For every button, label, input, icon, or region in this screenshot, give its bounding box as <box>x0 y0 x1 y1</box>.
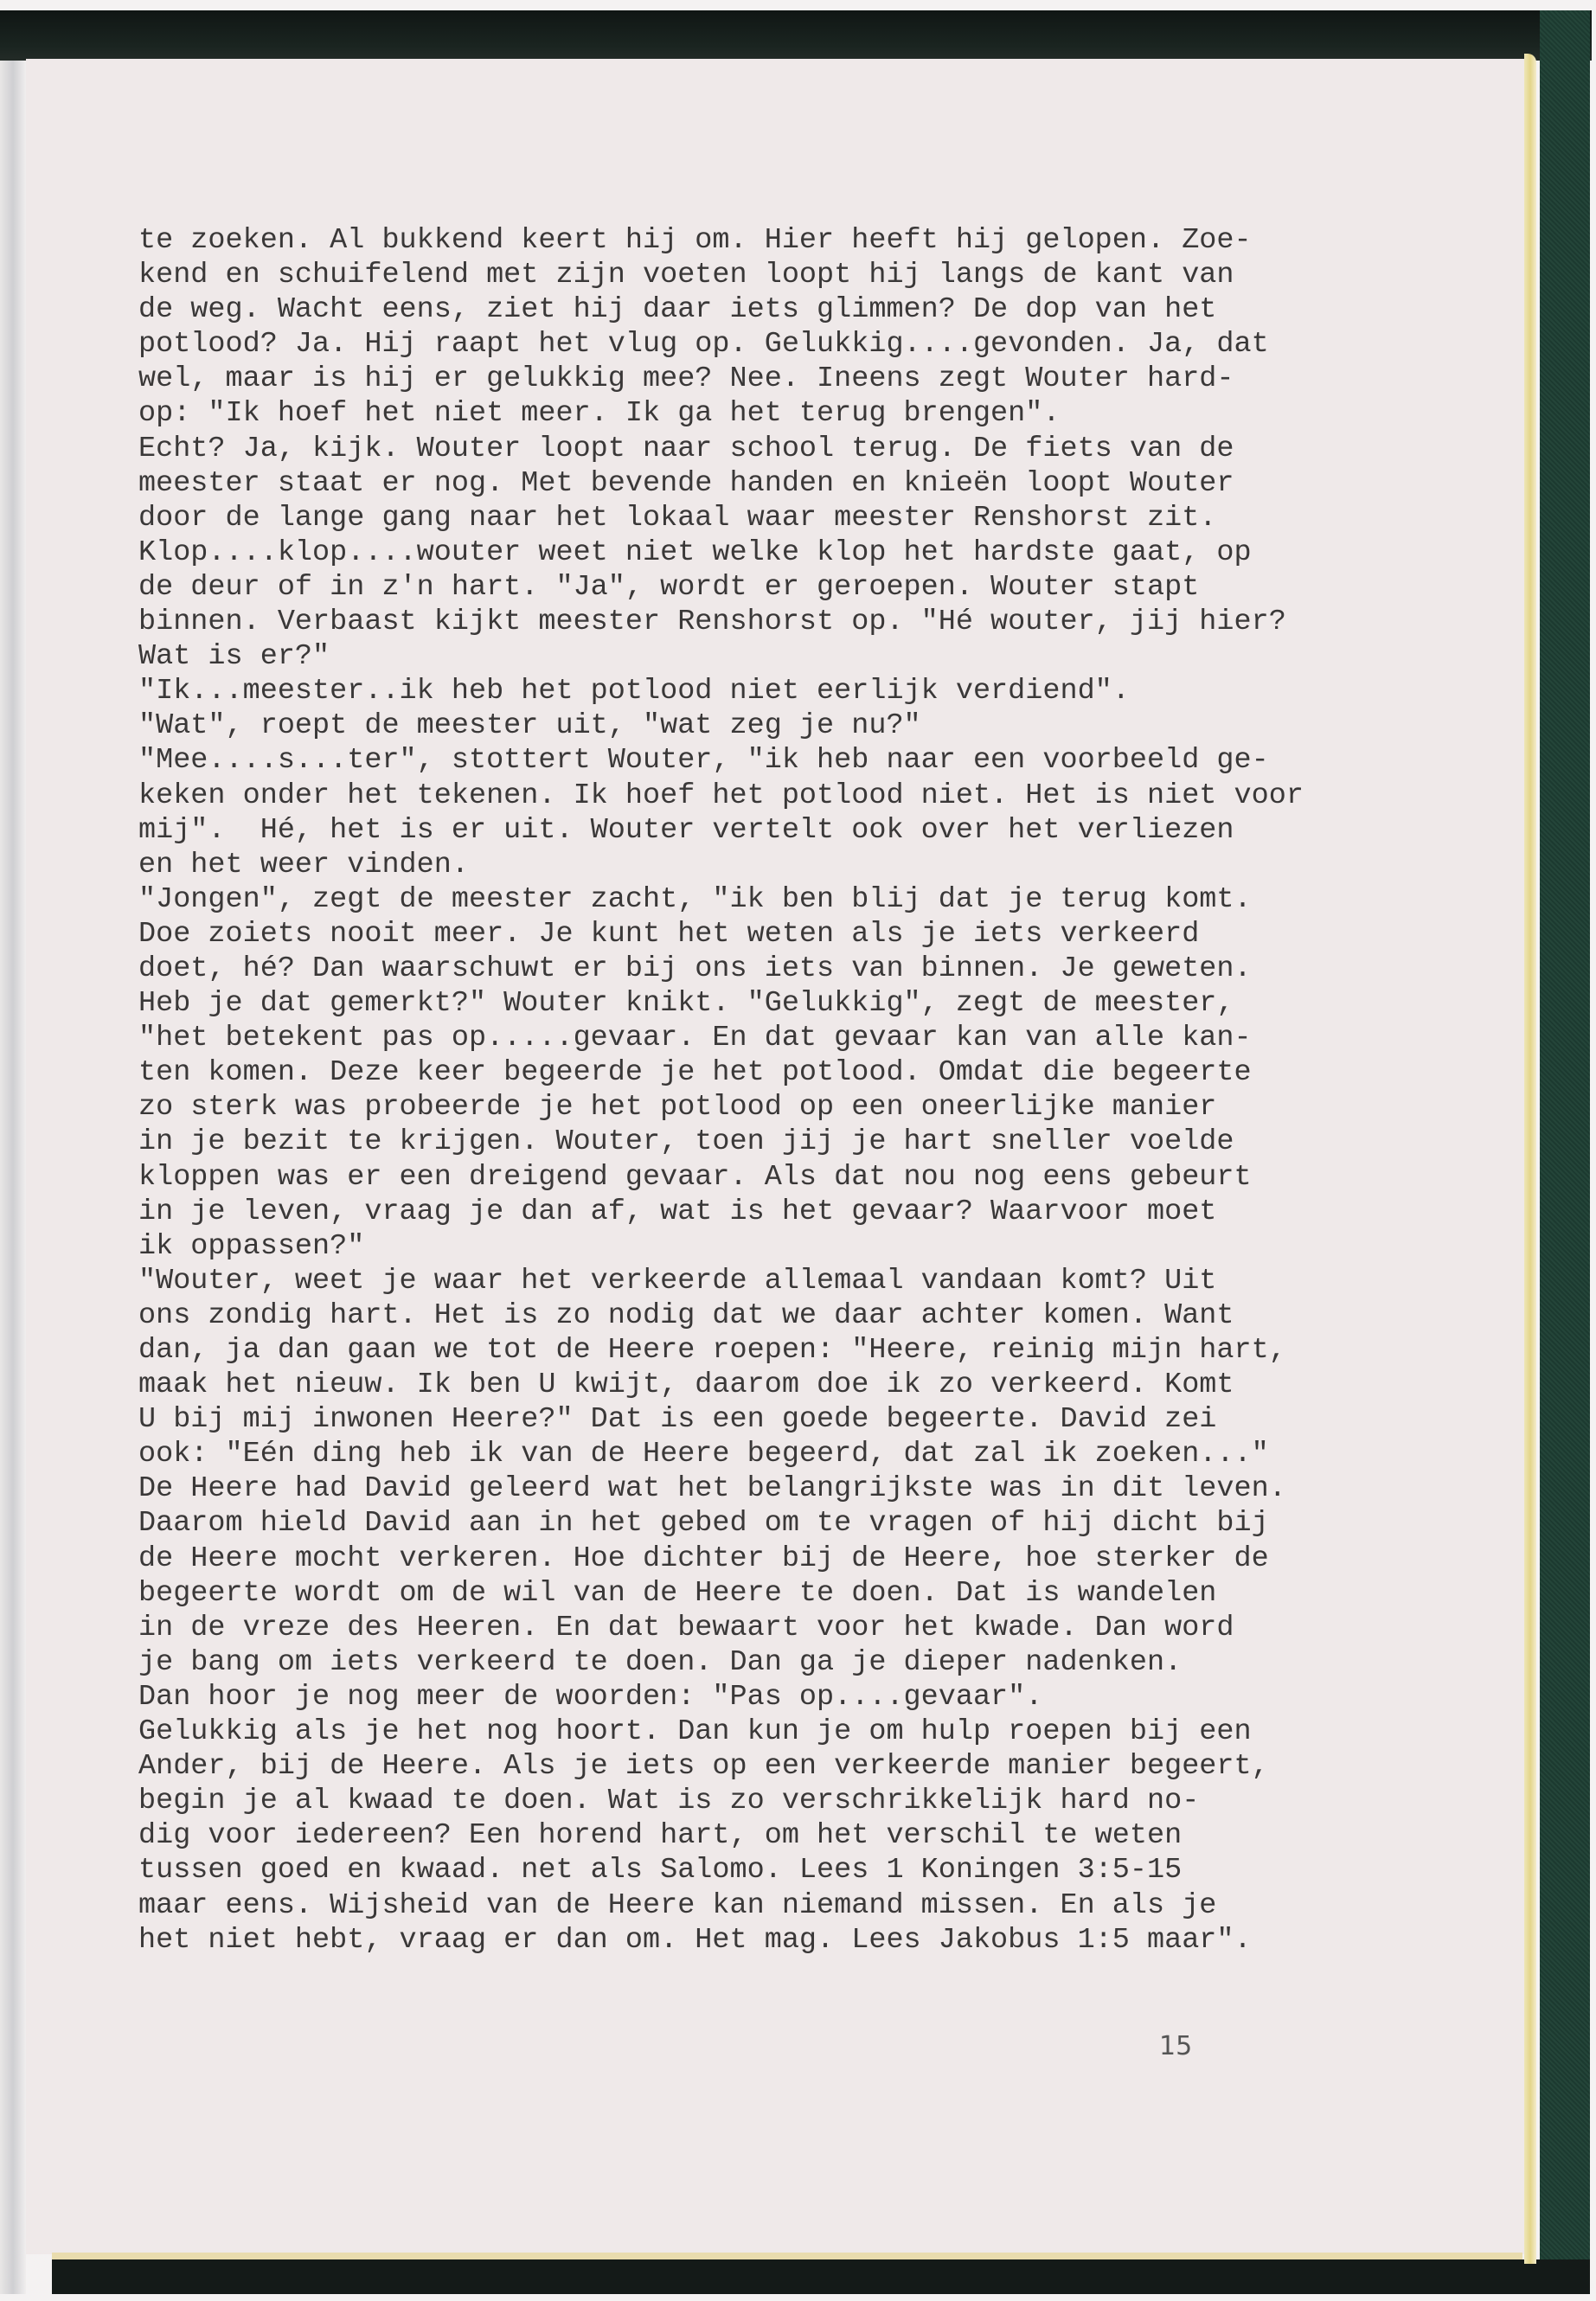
text-line: "Wouter, weet je waar het verkeerde alle… <box>138 1264 1488 1298</box>
book-spine-left <box>0 10 26 2294</box>
text-line: ik oppassen?" <box>138 1229 1488 1264</box>
text-line: dig voor iedereen? Een horend hart, om h… <box>138 1818 1488 1853</box>
text-line: "Wat", roept de meester uit, "wat zeg je… <box>138 708 1488 743</box>
text-line: Echt? Ja, kijk. Wouter loopt naar school… <box>138 432 1488 466</box>
text-line: Daarom hield David aan in het gebed om t… <box>138 1506 1488 1541</box>
text-line: kend en schuifelend met zijn voeten loop… <box>138 258 1488 292</box>
text-line: in je leven, vraag je dan af, wat is het… <box>138 1195 1488 1229</box>
text-line: "Mee....s...ter", stottert Wouter, "ik h… <box>138 743 1488 778</box>
text-line: Dan hoor je nog meer de woorden: "Pas op… <box>138 1680 1488 1715</box>
text-line: ook: "Eén ding heb ik van de Heere begee… <box>138 1437 1488 1471</box>
page-edge-right <box>1524 54 1536 2264</box>
text-line: meester staat er nog. Met bevende handen… <box>138 466 1488 501</box>
text-line: keken onder het tekenen. Ik hoef het pot… <box>138 779 1488 813</box>
page-edge-bottom <box>52 2253 1522 2259</box>
text-line: in je bezit te krijgen. Wouter, toen jij… <box>138 1125 1488 1159</box>
text-line: doet, hé? Dan waarschuwt er bij ons iets… <box>138 952 1488 986</box>
text-line: door de lange gang naar het lokaal waar … <box>138 501 1488 535</box>
text-line: mij". Hé, het is er uit. Wouter vertelt … <box>138 813 1488 848</box>
text-line: De Heere had David geleerd wat het belan… <box>138 1471 1488 1506</box>
text-line: begin je al kwaad te doen. Wat is zo ver… <box>138 1784 1488 1818</box>
text-line: "Ik...meester..ik heb het potlood niet e… <box>138 674 1488 708</box>
text-line: binnen. Verbaast kijkt meester Renshorst… <box>138 605 1488 639</box>
page-number: 15 <box>1159 2031 1192 2061</box>
text-line: tussen goed en kwaad. net als Salomo. Le… <box>138 1853 1488 1888</box>
text-line: potlood? Ja. Hij raapt het vlug op. Gelu… <box>138 327 1488 362</box>
text-line: zo sterk was probeerde je het potlood op… <box>138 1090 1488 1125</box>
book-cover-top <box>0 10 1592 61</box>
text-line: wel, maar is hij er gelukkig mee? Nee. I… <box>138 362 1488 396</box>
text-line: "het betekent pas op.....gevaar. En dat … <box>138 1021 1488 1055</box>
text-line: Klop....klop....wouter weet niet welke k… <box>138 535 1488 570</box>
text-line: "Jongen", zegt de meester zacht, "ik ben… <box>138 882 1488 917</box>
text-line: en het weer vinden. <box>138 848 1488 882</box>
book-cover-right <box>1540 10 1590 2294</box>
text-line: in de vreze des Heeren. En dat bewaart v… <box>138 1611 1488 1645</box>
book-cover-bottom <box>52 2259 1590 2294</box>
text-line: het niet hebt, vraag er dan om. Het mag.… <box>138 1923 1488 1958</box>
text-line: dan, ja dan gaan we tot de Heere roepen:… <box>138 1333 1488 1368</box>
text-line: begeerte wordt om de wil van de Heere te… <box>138 1576 1488 1611</box>
text-line: ten komen. Deze keer begeerde je het pot… <box>138 1055 1488 1090</box>
text-line: U bij mij inwonen Heere?" Dat is een goe… <box>138 1402 1488 1437</box>
text-line: de deur of in z'n hart. "Ja", wordt er g… <box>138 570 1488 605</box>
text-line: ons zondig hart. Het is zo nodig dat we … <box>138 1298 1488 1333</box>
text-line: maak het nieuw. Ik ben U kwijt, daarom d… <box>138 1368 1488 1402</box>
text-line: je bang om iets verkeerd te doen. Dan ga… <box>138 1645 1488 1680</box>
text-line: Gelukkig als je het nog hoort. Dan kun j… <box>138 1715 1488 1749</box>
text-line: de Heere mocht verkeren. Hoe dichter bij… <box>138 1541 1488 1576</box>
text-line: Doe zoiets nooit meer. Je kunt het weten… <box>138 917 1488 952</box>
text-line: Heb je dat gemerkt?" Wouter knikt. "Gelu… <box>138 986 1488 1021</box>
text-line: de weg. Wacht eens, ziet hij daar iets g… <box>138 292 1488 327</box>
text-line: op: "Ik hoef het niet meer. Ik ga het te… <box>138 396 1488 431</box>
body-text: te zoeken. Al bukkend keert hij om. Hier… <box>138 223 1488 1958</box>
text-line: kloppen was er een dreigend gevaar. Als … <box>138 1160 1488 1195</box>
text-line: maar eens. Wijsheid van de Heere kan nie… <box>138 1888 1488 1923</box>
text-line: te zoeken. Al bukkend keert hij om. Hier… <box>138 223 1488 258</box>
text-line: Wat is er?" <box>138 639 1488 674</box>
text-line: Ander, bij de Heere. Als je iets op een … <box>138 1749 1488 1784</box>
